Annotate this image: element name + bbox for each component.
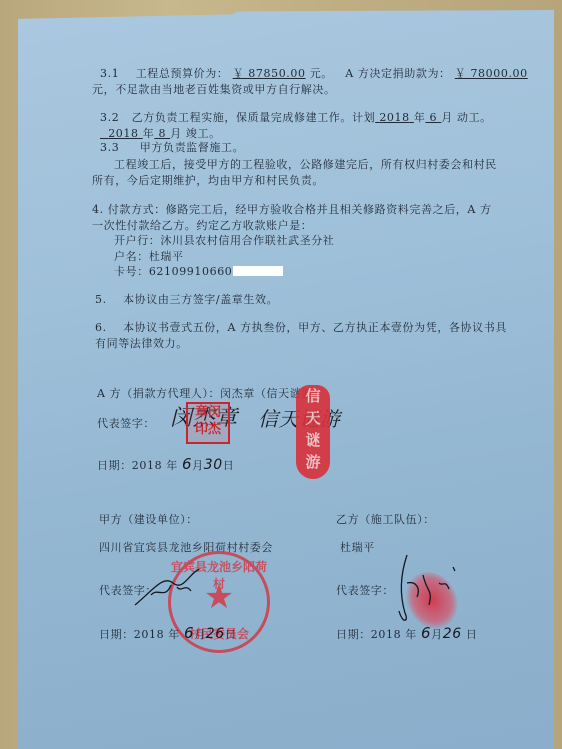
- party-a-date: 日期：2018 年 6月30日: [97, 457, 234, 473]
- party-yi-date: 日期：2018 年 6月26 日: [336, 626, 478, 642]
- party-jia-signature-scribble: [133, 565, 203, 615]
- card-number: 62109910660: [149, 265, 233, 278]
- clause-3-1-line2: 元，不足款由当地老百姓集资或甲方自行解决。: [92, 83, 336, 97]
- account-name-line: 户名：杜瑞平: [114, 250, 184, 264]
- card-number-line: 卡号：62109910660: [114, 265, 283, 279]
- party-yi-signature-scribble: [393, 553, 463, 628]
- redaction-box: [233, 266, 283, 276]
- clause-3-2-line2: 2018 年 8 月 竣工。: [100, 127, 221, 141]
- party-yi-sign-label: 代表签字：: [336, 584, 394, 598]
- party-yi-label: 乙方（施工队伍）：: [336, 513, 435, 527]
- party-jia-date: 日期：2018 年 6月26日: [99, 626, 236, 642]
- party-yi-name: 杜瑞平: [340, 541, 375, 555]
- clause-6-line2: 有同等法律效力。: [95, 337, 188, 351]
- account-name: 杜瑞平: [149, 250, 184, 263]
- clause-3-3: 3.3 甲方负责监督施工。: [100, 141, 244, 155]
- contract-page: 3.1 工程总预算价为： ￥ 87850.00 元。 A 方决定捐助款为： ￥ …: [18, 10, 554, 749]
- budget-value: ￥ 87850.00: [233, 67, 306, 80]
- clause-4-line1: 4. 付款方式：修路完工后，经甲方验收合格并且相关修路资料完善之后，A 方: [92, 203, 492, 217]
- party-a-square-seal: 章闵 印杰: [186, 402, 230, 444]
- bank-name: 沐川县农村信用合作联社武圣分社: [160, 234, 334, 247]
- donation-value: ￥ 78000.00: [455, 67, 528, 80]
- clause-5: 5. 本协议由三方签字/盖章生效。: [95, 293, 278, 307]
- clause-3-1-line1: 3.1 工程总预算价为： ￥ 87850.00 元。 A 方决定捐助款为： ￥ …: [100, 67, 528, 81]
- clause-3-3-para-line1: 工程竣工后，接受甲方的工程验收，公路修建完后，所有权归村委会和村民: [114, 158, 497, 172]
- party-a-sign-label: 代表签字：: [97, 417, 155, 431]
- clause-4-line2: 一次性付款给乙方。约定乙方收款账户是：: [92, 219, 312, 233]
- party-a-long-seal: 信 天 谜 游: [296, 385, 330, 479]
- seal-star-icon: ★: [204, 580, 234, 614]
- clause-3-3-para-line2: 所有，今后定期维护，均由甲方和村民负责。: [92, 174, 324, 188]
- party-a-label: A 方（捐款方代理人）：闵杰章（信天谜游）: [97, 387, 325, 401]
- party-jia-org: 四川省宜宾县龙池乡阳荷村村委会: [99, 541, 273, 555]
- bank-line: 开户行：沐川县农村信用合作联社武圣分社: [114, 234, 334, 248]
- clause-3-2-line1: 3.2 乙方负责工程实施，保质量完成修建工作。计划 2018 年 6 月 动工。: [100, 111, 492, 125]
- clause-6-line1: 6. 本协议书壹式五份，A 方执叁份，甲方、乙方执正本壹份为凭，各协议书具: [95, 321, 507, 335]
- party-jia-label: 甲方（建设单位）：: [99, 513, 198, 527]
